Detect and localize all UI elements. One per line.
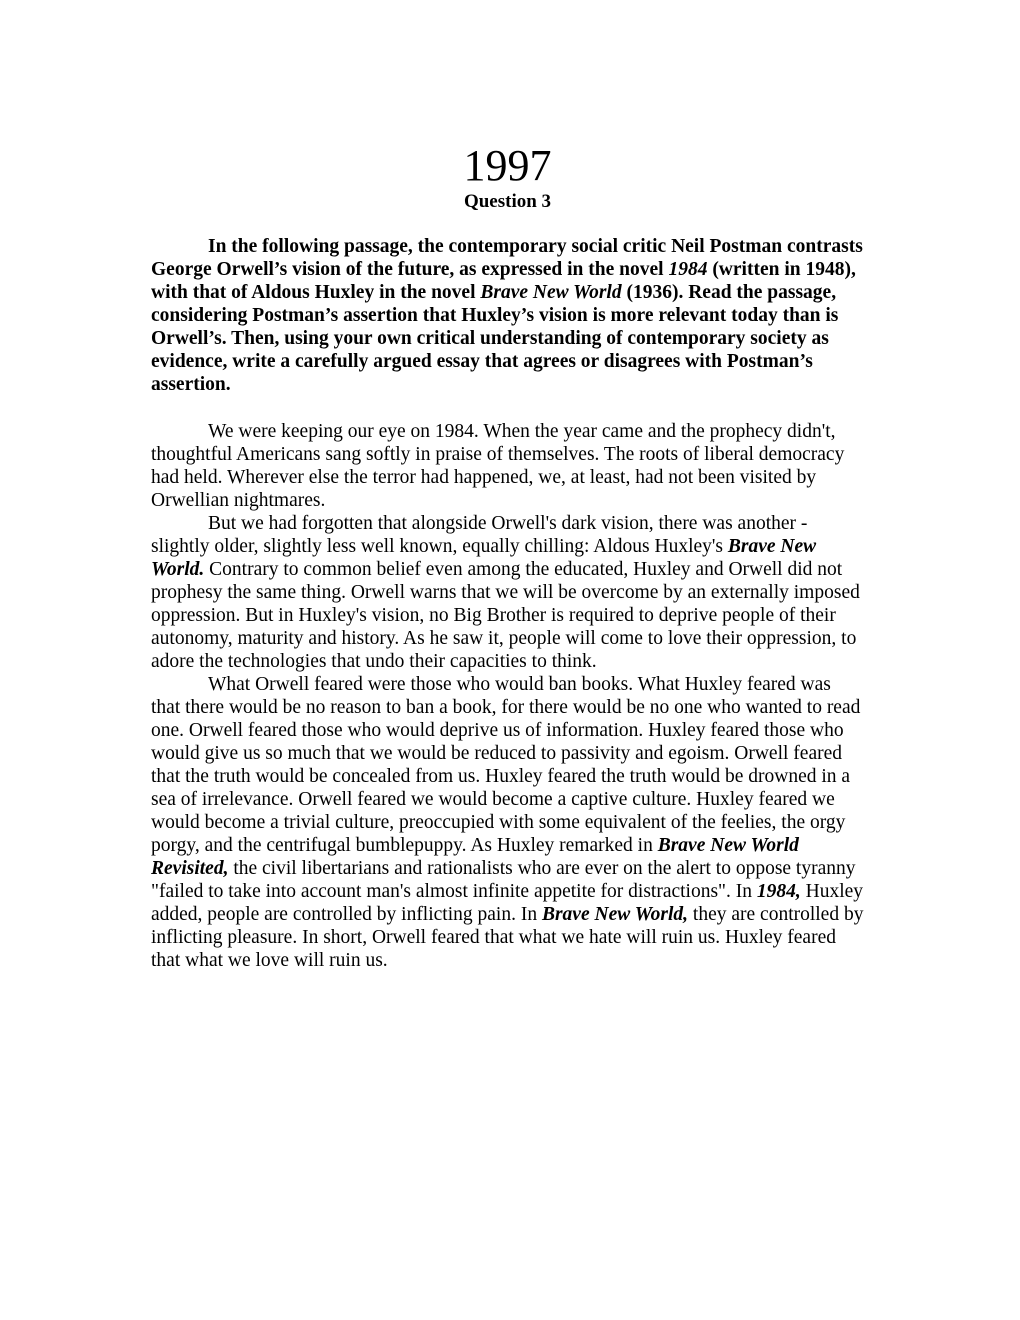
document-page: 1997 Question 3 In the following passage… — [0, 0, 1020, 1320]
passage-paragraph-1: We were keeping our eye on 1984. When th… — [151, 420, 864, 512]
text-run: Brave New World, — [542, 904, 688, 925]
text-run: the civil libertarians and rationalists … — [151, 858, 856, 902]
text-run: But we had forgotten that alongside Orwe… — [151, 513, 807, 557]
text-run: Brave New World — [480, 282, 621, 303]
passage-paragraph-2: But we had forgotten that alongside Orwe… — [151, 512, 864, 673]
passage-paragraph-3: What Orwell feared were those who would … — [151, 673, 864, 972]
text-run: 1984 — [668, 259, 707, 280]
text-run: What Orwell feared were those who would … — [151, 674, 860, 856]
question-heading: Question 3 — [151, 190, 864, 213]
text-run: We were keeping our eye on 1984. When th… — [151, 421, 844, 511]
text-run: 1984, — [757, 881, 801, 902]
prompt-paragraph: In the following passage, the contempora… — [151, 235, 864, 396]
page-content: 1997 Question 3 In the following passage… — [151, 0, 864, 972]
text-run: Contrary to common belief even among the… — [151, 559, 860, 672]
page-title: 1997 — [151, 144, 864, 188]
